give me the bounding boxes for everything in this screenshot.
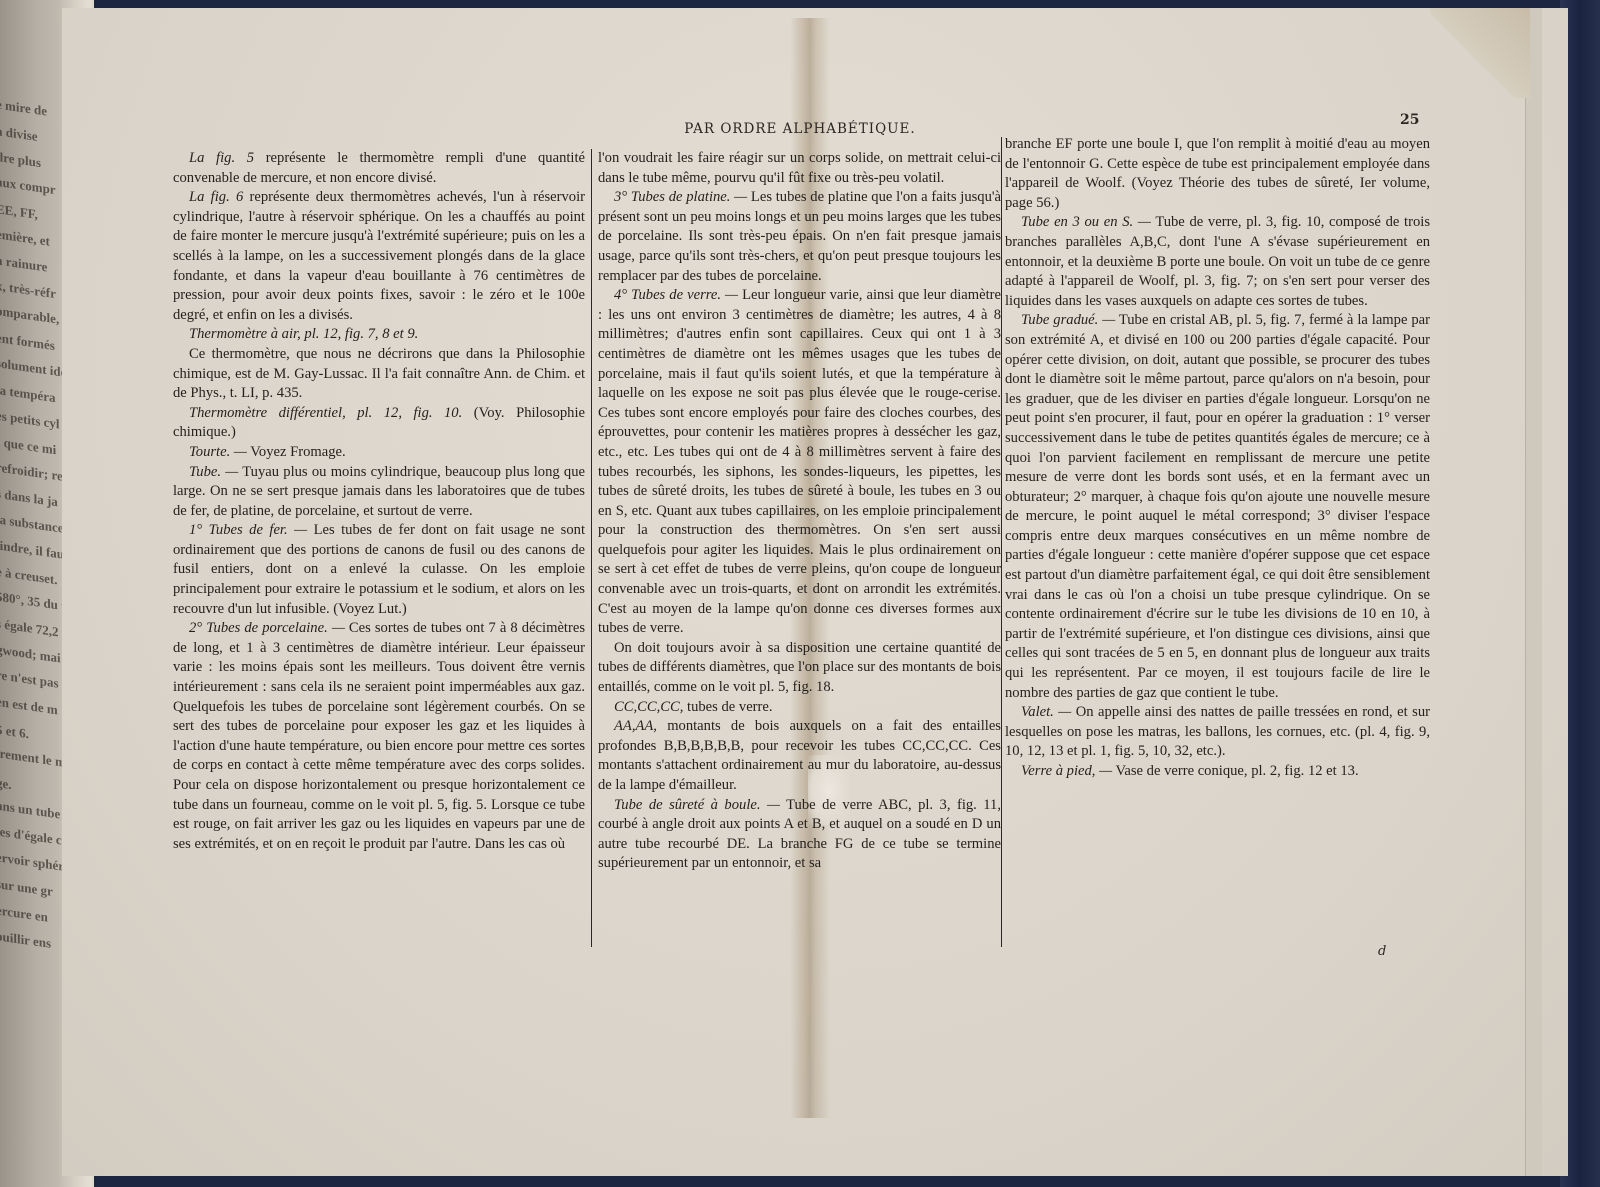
paragraph-text: tubes de verre. xyxy=(687,699,773,715)
left-page-text-fragment: 5 et 6. xyxy=(0,722,29,743)
paragraph-text: Leur longueur varie, ainsi que leur diam… xyxy=(598,287,1001,636)
left-page-text-fragment: a divise xyxy=(0,123,38,145)
paragraph: Tube de sûreté à boule. — Tube de verre … xyxy=(598,796,1001,874)
left-page-text-fragment: irement le m xyxy=(0,745,66,771)
entry-heading: 2° Tubes de porcelaine. — xyxy=(189,620,345,636)
left-page-text-fragment: aux compr xyxy=(0,174,56,198)
paragraph-text: l'on voudrait les faire réagir sur un co… xyxy=(598,150,1001,186)
running-header: PAR ORDRE ALPHABÉTIQUE. xyxy=(600,121,1000,137)
left-page-text-fragment: la tempéra xyxy=(0,382,56,406)
page-number: 25 xyxy=(1400,112,1419,128)
paragraph: On doit toujours avoir à sa disposition … xyxy=(598,639,1001,698)
entry-heading: Thermomètre différentiel, pl. 12, fig. 1… xyxy=(189,405,462,421)
paragraph-text: Tube en cristal AB, pl. 5, fig. 7, fermé… xyxy=(1005,312,1430,700)
entry-heading: CC,CC,CC, xyxy=(614,699,683,715)
entry-heading: La fig. 6 xyxy=(189,189,243,205)
entry-heading: Tourte. — xyxy=(189,444,247,460)
paragraph-text: représente deux thermomètres achevés, l'… xyxy=(173,189,585,323)
text-column-3: branche EF porte une boule I, que l'on r… xyxy=(1005,135,1430,782)
entry-heading: Tube de sûreté à boule. — xyxy=(614,797,780,813)
left-page-text-fragment: emière, et xyxy=(0,226,50,250)
paragraph-text: Vase de verre conique, pl. 2, fig. 12 et… xyxy=(1115,763,1358,779)
left-page-text-fragment: s égale 72,2 xyxy=(0,616,58,641)
entry-heading: Thermomètre à air, pl. 12, fig. 7, 8 et … xyxy=(189,326,418,342)
left-page-text-fragment: es petits cyl xyxy=(0,408,60,433)
paragraph: 2° Tubes de porcelaine. — Ces sortes de … xyxy=(173,619,585,854)
entry-heading: Valet. — xyxy=(1021,704,1071,720)
left-page-text-fragment: ouillir ens xyxy=(0,928,51,952)
left-page-text-fragment: e à creuset. xyxy=(0,564,57,589)
entry-heading: La fig. 5 xyxy=(189,150,254,166)
page-edge xyxy=(1525,8,1542,1176)
entry-heading: Verre à pied, — xyxy=(1021,763,1112,779)
entry-heading: Tube en 3 ou en S. — xyxy=(1021,214,1151,230)
paragraph: CC,CC,CC, tubes de verre. xyxy=(598,698,1001,718)
text-column-1: La fig. 5 représente le thermomètre remp… xyxy=(173,149,585,854)
left-page-text-fragment: ent formés xyxy=(0,330,55,354)
entry-heading: AA,AA, xyxy=(614,718,657,734)
paragraph: Tube gradué. — Tube en cristal AB, pl. 5… xyxy=(1005,311,1430,703)
paragraph-text: On doit toujours avoir à sa disposition … xyxy=(598,640,1001,695)
paragraph: Thermomètre à air, pl. 12, fig. 7, 8 et … xyxy=(173,325,585,345)
signature-mark: d xyxy=(1378,944,1386,959)
left-page-text-fragment: s dans la ja xyxy=(0,486,58,511)
paragraph: branche EF porte une boule I, que l'on r… xyxy=(1005,135,1430,213)
corner-fold xyxy=(1430,8,1530,98)
paragraph: 3° Tubes de platine. — Les tubes de plat… xyxy=(598,188,1001,286)
paragraph: Tube en 3 ou en S. — Tube de verre, pl. … xyxy=(1005,213,1430,311)
left-page-text-fragment: lindre, il fau xyxy=(0,537,64,563)
left-page-text-fragment: gwood; mai xyxy=(0,641,61,666)
entry-heading: 3° Tubes de platine. — xyxy=(614,189,747,205)
paragraph: 4° Tubes de verre. — Leur longueur varie… xyxy=(598,286,1001,639)
column-rule-2 xyxy=(1001,137,1002,947)
paragraph: Tourte. — Voyez Fromage. xyxy=(173,443,585,463)
paragraph: Ce thermomètre, que nous ne décrirons qu… xyxy=(173,345,585,404)
paragraph: Thermomètre différentiel, pl. 12, fig. 1… xyxy=(173,404,585,443)
paragraph: La fig. 6 représente deux thermomètres a… xyxy=(173,188,585,325)
paragraph: La fig. 5 représente le thermomètre remp… xyxy=(173,149,585,188)
left-page-text-fragment: x, très-réfr xyxy=(0,278,56,302)
left-page-text-fragment: solument ide xyxy=(0,355,66,381)
entry-heading: Tube gradué. — xyxy=(1021,312,1115,328)
text-column-2: l'on voudrait les faire réagir sur un co… xyxy=(598,149,1001,874)
left-page-text-fragment: t que ce mi xyxy=(0,434,56,458)
left-page-text-fragment: ans un tube xyxy=(0,797,60,822)
paragraph-text: branche EF porte une boule I, que l'on r… xyxy=(1005,136,1430,211)
left-page-text-fragment: ervoir sphér xyxy=(0,849,64,875)
entry-heading: 4° Tubes de verre. — xyxy=(614,287,738,303)
left-page-text-fragment: dre plus xyxy=(0,149,41,171)
paragraph-text: Ce thermomètre, que nous ne décrirons qu… xyxy=(173,346,585,401)
paragraph: Tube. — Tuyau plus ou moins cylindrique,… xyxy=(173,463,585,522)
left-page-text-fragment: la substance xyxy=(0,511,64,536)
left-page-text-fragment: EE, FF, xyxy=(0,201,38,223)
paragraph-text: montants de bois auxquels on a fait des … xyxy=(598,718,1001,793)
entry-heading: 1° Tubes de fer. — xyxy=(189,522,307,538)
paragraph-text: Ces sortes de tubes ont 7 à 8 décimètres… xyxy=(173,620,585,852)
left-page-text-fragment: refroidir; re xyxy=(0,459,63,484)
left-page-text-fragment: ercure en xyxy=(0,902,48,925)
paragraph: Valet. — On appelle ainsi des nattes de … xyxy=(1005,703,1430,762)
paragraph: Verre à pied, — Vase de verre conique, p… xyxy=(1005,762,1430,782)
left-page-text-fragment: e mire de xyxy=(0,96,47,119)
paragraph: l'on voudrait les faire réagir sur un co… xyxy=(598,149,1001,188)
paragraph: AA,AA, montants de bois auxquels on a fa… xyxy=(598,717,1001,795)
paragraph: 1° Tubes de fer. — Les tubes de fer dont… xyxy=(173,521,585,619)
left-page-text-fragment: ies d'égale c xyxy=(0,823,62,848)
left-page-text-fragment: en est de m xyxy=(0,694,58,719)
left-page-text-fragment: ge. xyxy=(0,775,12,793)
left-page-text-fragment: a rainure xyxy=(0,252,47,275)
entry-heading: Tube. — xyxy=(189,464,238,480)
column-rule-1 xyxy=(591,149,592,947)
paragraph-text: Voyez Fromage. xyxy=(250,444,345,460)
left-page-text-fragment: sur une gr xyxy=(0,876,53,900)
